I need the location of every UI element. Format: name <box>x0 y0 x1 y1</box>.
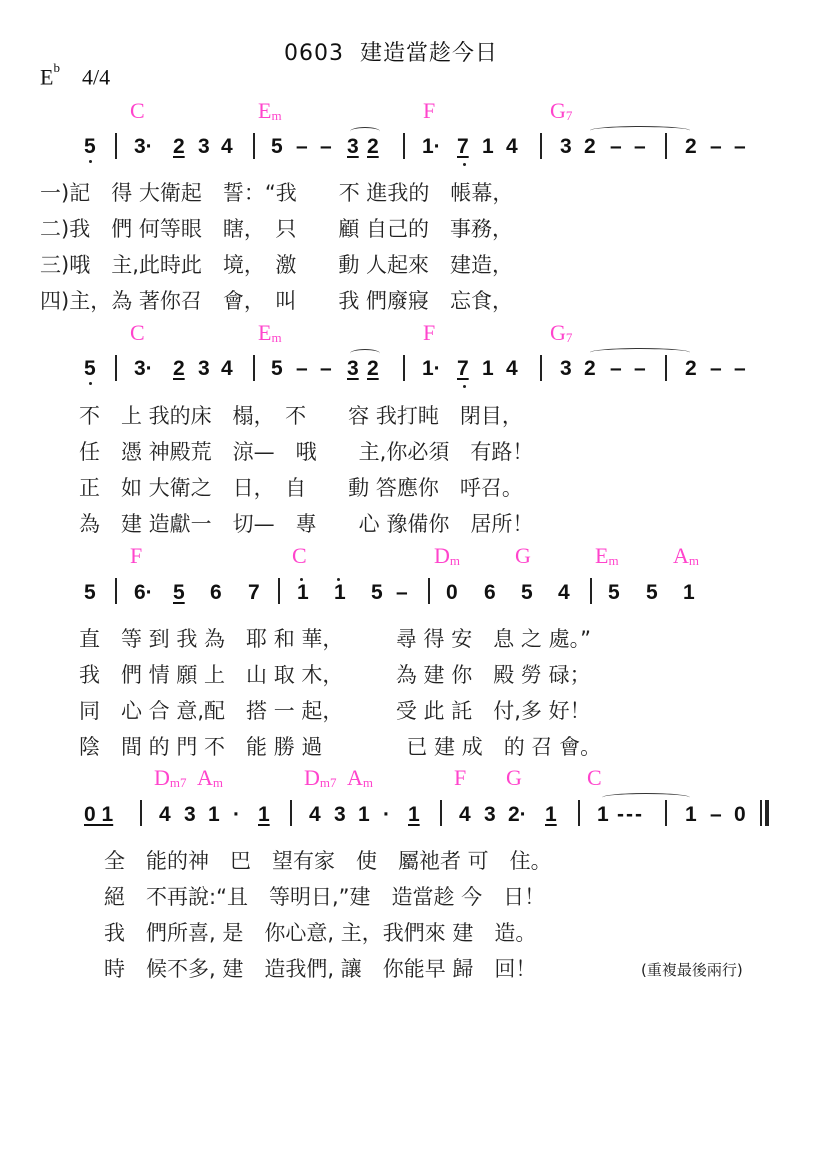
lyric-verse-2: 二)我 們 何等眼 瞎， 只 顧 自己的 事務， <box>40 213 513 243</box>
lyric-verse-4: 陰 間 的 門 不 能 勝 過 已 建 成 的 召 會。 <box>79 731 601 761</box>
note: 1 <box>597 803 609 827</box>
note: 4 <box>221 135 233 159</box>
barline <box>540 355 542 381</box>
note: 6 <box>484 581 496 605</box>
barline <box>403 133 405 159</box>
chord: F <box>454 765 466 791</box>
chord: C <box>292 543 307 569</box>
note: 1 <box>685 803 697 827</box>
note: 5 <box>371 581 383 605</box>
note: 7 <box>248 581 260 605</box>
tie <box>602 793 690 802</box>
note: 1 <box>297 581 309 605</box>
chord: Am <box>673 543 699 569</box>
high-octave-dot <box>337 578 340 581</box>
key-signature: Eb 4/4 <box>40 64 110 90</box>
note: 2 <box>685 135 697 159</box>
note: – <box>610 357 622 381</box>
lyric-verse-1: 全 能的神 巴 望有家 使 屬祂者 可 住。 <box>104 845 552 875</box>
note: 3· <box>134 135 153 159</box>
song-title: 0603 建造當趁今日 <box>284 36 498 67</box>
note: – <box>320 357 332 381</box>
note: 6· <box>134 581 153 605</box>
lyric-verse-3: 我 們所喜, 是 你心意, 主，我們來 建 造。 <box>104 917 536 947</box>
chord: Dm7 <box>154 765 187 791</box>
barline <box>140 800 142 826</box>
note: 5 <box>84 357 96 381</box>
note: 5 <box>271 135 283 159</box>
barline <box>403 355 405 381</box>
chord: G <box>515 543 531 569</box>
note: – <box>396 581 408 605</box>
note: 1 <box>208 803 220 827</box>
chord: G7 <box>550 320 572 346</box>
note: 4 <box>159 803 171 827</box>
lyric-verse-3: 三)哦 主,此時此 境， 激 動 人起來 建造， <box>40 249 513 279</box>
note: 1· <box>422 357 441 381</box>
chord: F <box>423 320 435 346</box>
chord: F <box>423 98 435 124</box>
chord: Dm <box>434 543 460 569</box>
note: 3 <box>334 803 346 827</box>
note: – <box>320 135 332 159</box>
barline <box>440 800 442 826</box>
note: 4 <box>309 803 321 827</box>
lyric-verse-1: 直 等 到 我 為 耶 和 華， 尋 得 安 息 之 處。” <box>79 623 591 653</box>
repeat-instruction: (重複最後兩行) <box>641 959 743 980</box>
note: 0 1 <box>84 803 113 827</box>
lyric-verse-4: 時 候不多, 建 造我們, 讓 你能早 歸 回！ <box>104 953 536 983</box>
note: 5 <box>271 357 283 381</box>
note: 1 <box>334 581 346 605</box>
note: · <box>233 803 240 827</box>
note: – <box>710 135 722 159</box>
lyric-verse-2: 我 們 情 願 上 山 取 木， 為 建 你 殿 勞 碌； <box>79 659 591 689</box>
low-octave-dot <box>463 385 466 388</box>
note: – <box>296 135 308 159</box>
note: 3· <box>134 357 153 381</box>
note: 1 <box>482 135 494 159</box>
barline <box>115 355 117 381</box>
note: 3 <box>198 135 210 159</box>
barline <box>540 133 542 159</box>
lyric-verse-4: 四)主，為 著你召 會， 叫 我 們廢寢 忘食， <box>40 285 513 315</box>
note: 5 <box>521 581 533 605</box>
chord: G7 <box>550 98 572 124</box>
note: 4 <box>506 357 518 381</box>
barline <box>665 355 667 381</box>
final-barline-thin <box>760 800 762 826</box>
note: – <box>610 135 622 159</box>
note: – <box>634 357 646 381</box>
key-letter: E <box>40 64 53 89</box>
note: 5 <box>608 581 620 605</box>
final-barline-thick <box>765 800 769 826</box>
note: --- <box>617 803 644 827</box>
note: 0 <box>446 581 458 605</box>
lyric-verse-2: 任 憑 神殿荒 涼— 哦 主,你必須 有路！ <box>79 436 533 466</box>
low-octave-dot <box>89 382 92 385</box>
note: 4 <box>558 581 570 605</box>
note: 2 <box>367 357 379 381</box>
chord: Dm7 <box>304 765 337 791</box>
chord: Am <box>347 765 373 791</box>
low-octave-dot <box>89 160 92 163</box>
chord: Em <box>595 543 619 569</box>
barline <box>290 800 292 826</box>
low-octave-dot <box>463 163 466 166</box>
note: 3 <box>560 357 572 381</box>
note: 3 <box>184 803 196 827</box>
note: 2 <box>584 135 596 159</box>
chord: Em <box>258 320 282 346</box>
note: 3 <box>347 135 359 159</box>
barline <box>278 578 280 604</box>
chord: Em <box>258 98 282 124</box>
note: 1 <box>258 803 270 827</box>
chord: F <box>130 543 142 569</box>
note: 2· <box>508 803 527 827</box>
note: 3 <box>198 357 210 381</box>
note: – <box>634 135 646 159</box>
lyric-verse-1: 不 上 我的床 榻， 不 容 我打盹 閉目， <box>79 400 523 430</box>
note: 1 <box>358 803 370 827</box>
slur <box>350 349 380 358</box>
tie <box>590 126 690 135</box>
note: – <box>734 357 746 381</box>
note: 7 <box>457 357 469 381</box>
chord: C <box>130 98 145 124</box>
lyric-verse-4: 為 建 造獻一 切— 專 心 豫備你 居所！ <box>79 508 533 538</box>
note: 5 <box>84 581 96 605</box>
note: 2 <box>173 135 185 159</box>
note: 5 <box>646 581 658 605</box>
key-accidental: b <box>53 60 60 75</box>
note: 3 <box>560 135 572 159</box>
note: 1 <box>545 803 557 827</box>
note: 1· <box>422 135 441 159</box>
note: 1 <box>482 357 494 381</box>
note: 7 <box>457 135 469 159</box>
note: 2 <box>173 357 185 381</box>
barline <box>578 800 580 826</box>
note: 4 <box>221 357 233 381</box>
barline <box>665 800 667 826</box>
note: 2 <box>584 357 596 381</box>
note: 3 <box>484 803 496 827</box>
high-octave-dot <box>300 578 303 581</box>
note: · <box>383 803 390 827</box>
chord: G <box>506 765 522 791</box>
slur <box>350 127 380 136</box>
time-signature: 4/4 <box>82 64 110 89</box>
note: – <box>710 357 722 381</box>
note: – <box>710 803 722 827</box>
barline <box>428 578 430 604</box>
lyric-verse-1: 一)記 得 大衛起 誓：“我 不 進我的 帳幕， <box>40 177 513 207</box>
note: – <box>296 357 308 381</box>
note: 2 <box>685 357 697 381</box>
barline <box>665 133 667 159</box>
tie <box>590 348 690 357</box>
lyric-verse-2: 絕 不再說:“且 等明日,”建 造當趁 今 日！ <box>104 881 545 911</box>
lyric-verse-3: 正 如 大衛之 日， 自 動 答應你 呼召。 <box>79 472 523 502</box>
chord: C <box>130 320 145 346</box>
lyric-verse-3: 同 心 合 意,配 搭 一 起， 受 此 託 付,多 好！ <box>79 695 591 725</box>
barline <box>115 133 117 159</box>
chord: Am <box>197 765 223 791</box>
barline <box>590 578 592 604</box>
note: 0 <box>734 803 746 827</box>
chord: C <box>587 765 602 791</box>
barline <box>253 133 255 159</box>
note: 1 <box>683 581 695 605</box>
note: 2 <box>367 135 379 159</box>
note: 5 <box>173 581 185 605</box>
note: 5 <box>84 135 96 159</box>
note: 1 <box>408 803 420 827</box>
note: 4 <box>506 135 518 159</box>
note: 6 <box>210 581 222 605</box>
barline <box>253 355 255 381</box>
barline <box>115 578 117 604</box>
note: – <box>734 135 746 159</box>
note: 3 <box>347 357 359 381</box>
note: 4 <box>459 803 471 827</box>
